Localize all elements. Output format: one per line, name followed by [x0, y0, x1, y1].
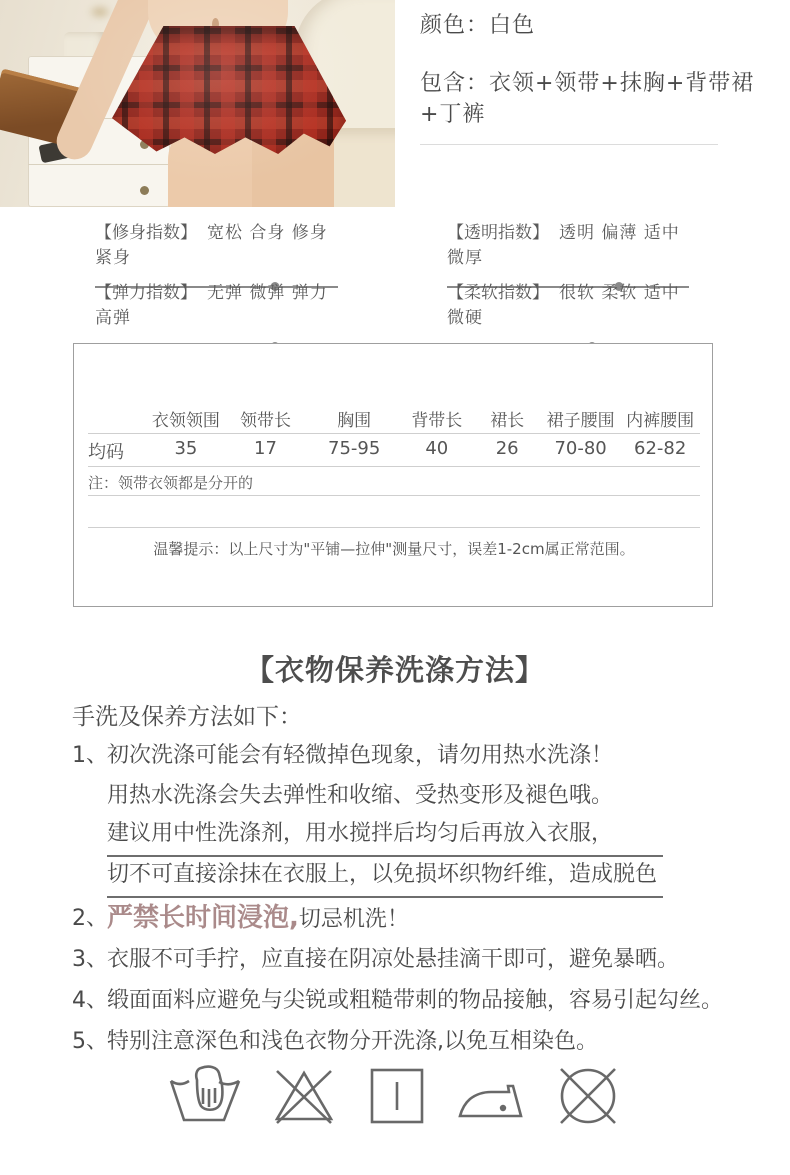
no-tumble-dry-icon — [553, 1064, 623, 1128]
table-line — [88, 495, 700, 496]
iron-low-heat-icon — [455, 1064, 527, 1128]
data-cell: 26 — [474, 438, 541, 464]
divider — [420, 144, 718, 145]
care-item-1-line-1: 初次洗涤可能会有轻微掉色现象，请勿用热水洗涤！ — [107, 736, 742, 776]
stretch-index-block: 【弹力指数】无弹 微弹 弹力 高弹 — [95, 278, 338, 351]
size-table: 衣领领围 领带长 胸围 背带长 裙长 裙子腰围 内裤腰围 均码 35 17 75… — [73, 343, 713, 607]
data-cell: 75-95 — [308, 438, 400, 464]
care-item-2: 2、 严禁长时间浸泡,切忌机洗！ — [72, 898, 742, 939]
item-number: 2、 — [72, 898, 107, 939]
transparency-index-label: 【透明指数】 — [447, 223, 549, 243]
care-item-1-line-4: 切不可直接涂抹在衣服上，以免损坏织物纤维，造成脱色 — [107, 857, 663, 898]
table-line — [88, 527, 700, 528]
care-item-1: 1、 初次洗涤可能会有轻微掉色现象，请勿用热水洗涤！ 用热水洗涤会失去弹性和收缩… — [72, 736, 742, 898]
header-cell: 背带长 — [400, 406, 473, 431]
item-number: 1、 — [72, 736, 107, 898]
header-cell: 裙长 — [474, 406, 541, 431]
header-cell: 裙子腰围 — [541, 406, 621, 431]
care-item-3: 3、 衣服不可手拧，应直接在阴凉处悬挂滴干即可，避免暴晒。 — [72, 939, 742, 980]
size-table-note: 注：领带衣领都是分开的 — [88, 472, 253, 493]
care-item-5-text: 特别注意深色和浅色衣物分开洗涤,以免互相染色。 — [107, 1021, 742, 1062]
color-label: 颜色：白色 — [420, 8, 535, 39]
item-number: 5、 — [72, 1021, 107, 1062]
data-cell: 70-80 — [541, 438, 621, 464]
table-line — [88, 466, 700, 467]
includes-label: 包含：衣领+领带+抹胸+背带裙+丁裤 — [420, 66, 790, 128]
care-item-1-line-2: 用热水洗涤会失去弹性和收缩、受热变形及褪色哦。 — [107, 776, 742, 816]
item-number: 4、 — [72, 980, 107, 1021]
care-item-5: 5、 特别注意深色和浅色衣物分开洗涤,以免互相染色。 — [72, 1021, 742, 1062]
care-item-3-text: 衣服不可手拧，应直接在阴凉处悬挂滴干即可，避免暴晒。 — [107, 939, 742, 980]
size-table-data-row: 均码 35 17 75-95 40 26 70-80 62-82 — [88, 438, 700, 464]
product-detail-page: 颜色：白色 包含：衣领+领带+抹胸+背带裙+丁裤 【修身指数】宽松 合身 修身 … — [0, 0, 790, 1175]
care-section-title: 【衣物保养洗涤方法】 — [0, 648, 790, 689]
care-instruction-list: 1、 初次洗涤可能会有轻微掉色现象，请勿用热水洗涤！ 用热水洗涤会失去弹性和收缩… — [72, 736, 742, 1062]
laundry-care-icons — [0, 1064, 790, 1128]
data-cell: 35 — [149, 438, 222, 464]
data-cell: 40 — [400, 438, 473, 464]
header-cell: 衣领领围 — [149, 406, 222, 431]
stretch-index-label: 【弹力指数】 — [95, 283, 197, 303]
care-item-1-line-3: 建议用中性洗涤剂，用水搅拌后均匀后再放入衣服， — [107, 816, 663, 857]
care-item-4: 4、 缎面面料应避免与尖锐或粗糙带刺的物品接触，容易引起勾丝。 — [72, 980, 742, 1021]
photo-lighting — [0, 0, 395, 207]
data-cell: 17 — [223, 438, 309, 464]
fit-index-label: 【修身指数】 — [95, 223, 197, 243]
care-item-4-text: 缎面面料应避免与尖锐或粗糙带刺的物品接触，容易引起勾丝。 — [107, 980, 742, 1021]
softness-index-label: 【柔软指数】 — [447, 283, 549, 303]
care-item-2-rest: 切忌机洗！ — [299, 907, 409, 932]
softness-index-block: 【柔软指数】很软 柔软 适中 微硬 — [447, 278, 689, 351]
size-table-tip: 温馨提示：以上尺寸为"平铺—拉伸"测量尺寸，误差1-2cm属正常范围。 — [88, 538, 700, 559]
care-intro: 手洗及保养方法如下： — [72, 698, 302, 731]
hand-wash-icon — [167, 1064, 243, 1128]
data-cell: 62-82 — [620, 438, 700, 464]
product-photo — [0, 0, 395, 207]
header-cell — [88, 406, 149, 431]
drip-dry-icon — [365, 1064, 429, 1128]
item-number: 3、 — [72, 939, 107, 980]
no-bleach-icon — [269, 1064, 339, 1128]
data-cell: 均码 — [88, 438, 149, 464]
table-line — [88, 433, 700, 434]
header-cell: 领带长 — [223, 406, 309, 431]
header-cell: 胸围 — [308, 406, 400, 431]
care-item-2-highlight: 严禁长时间浸泡, — [107, 903, 299, 933]
size-table-header-row: 衣领领围 领带长 胸围 背带长 裙长 裙子腰围 内裤腰围 — [88, 406, 700, 431]
header-cell: 内裤腰围 — [620, 406, 700, 431]
